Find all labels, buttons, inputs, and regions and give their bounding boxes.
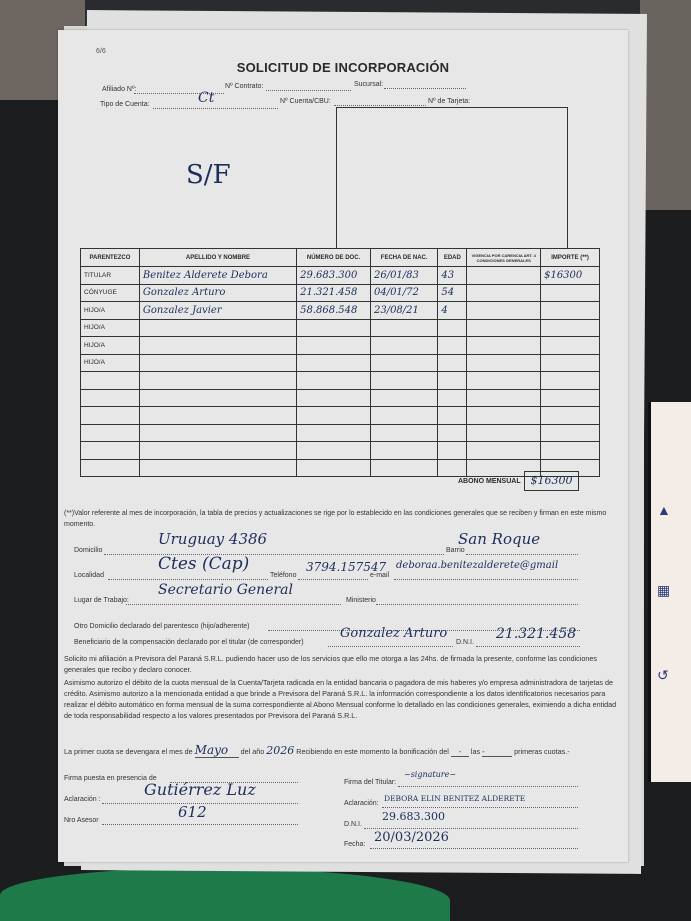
fecha-value: 20/03/2026 <box>374 830 449 845</box>
afiliado-label: Afiliado Nº: <box>102 86 136 93</box>
cell-nombre[interactable] <box>139 424 296 442</box>
cuenta-cbu-field[interactable] <box>334 105 426 106</box>
cell-fecha[interactable]: 23/08/21 <box>370 302 437 320</box>
cuota-anio[interactable]: 2026 <box>266 744 294 757</box>
cell-doc[interactable] <box>297 354 371 372</box>
col-edad: EDAD <box>438 249 467 267</box>
fecha-field[interactable] <box>370 848 578 849</box>
cuota-las[interactable]: - <box>482 747 512 757</box>
cell-doc[interactable]: 21.321.458 <box>297 284 371 302</box>
ministerio-label: Ministerio <box>346 597 376 604</box>
cuenta-cbu-label: Nº Cuenta/CBU: <box>280 98 331 105</box>
table-row: HIJO/A <box>81 354 600 372</box>
cell-parentesco: HIJO/A <box>81 354 140 372</box>
email-field[interactable] <box>394 579 578 580</box>
contrato-field[interactable] <box>266 90 351 91</box>
barrio-label: Barrio <box>446 547 465 554</box>
trabajo-field[interactable] <box>126 604 341 605</box>
footnote: (**)Valor referente al mes de incorporac… <box>64 508 624 530</box>
localidad-value: Ctes (Cap) <box>158 554 249 574</box>
cell-vigencia[interactable] <box>467 407 541 425</box>
titular-aclaracion-value: DEBORA ELIN BENITEZ ALDERETE <box>384 794 525 803</box>
cell-fecha[interactable]: 26/01/83 <box>370 267 437 285</box>
cell-vigencia[interactable] <box>467 442 541 460</box>
cell-fecha[interactable]: 04/01/72 <box>370 284 437 302</box>
cell-importe[interactable] <box>541 319 600 337</box>
cell-importe[interactable] <box>541 389 600 407</box>
asesor-field[interactable] <box>102 824 298 825</box>
cell-importe[interactable] <box>541 302 600 320</box>
abono-label: ABONO MENSUAL <box>458 478 521 485</box>
ministerio-field[interactable] <box>376 604 578 605</box>
cell-edad[interactable] <box>438 319 467 337</box>
titular-dni-value: 29.683.300 <box>382 810 445 823</box>
domicilio-field[interactable] <box>104 554 444 555</box>
barrio-field[interactable] <box>466 554 578 555</box>
tarjeta-label: Nº de Tarjeta: <box>428 98 470 105</box>
cuota-mes[interactable]: Mayo <box>195 743 239 758</box>
localidad-field[interactable] <box>108 579 268 580</box>
cell-edad[interactable] <box>438 354 467 372</box>
titular-dni-label: D.N.I. <box>344 821 362 828</box>
cell-nombre[interactable]: Benitez Alderete Debora <box>139 267 296 285</box>
cell-vigencia[interactable] <box>467 424 541 442</box>
cell-vigencia[interactable] <box>467 319 541 337</box>
col-fecha: FECHA DE NAC. <box>370 249 437 267</box>
titular-firma-label: Firma del Titular: <box>344 779 396 786</box>
cuota-text1: La primer cuota se devengara el mes de <box>64 747 193 756</box>
titular-firma-field[interactable] <box>398 786 578 787</box>
cell-edad[interactable]: 4 <box>438 302 467 320</box>
table-row <box>81 459 600 477</box>
cell-nombre[interactable] <box>139 442 296 460</box>
aclaracion-label: Aclaración : <box>64 796 101 803</box>
cell-nombre[interactable] <box>139 459 296 477</box>
table-row: HIJO/A <box>81 337 600 355</box>
table-row <box>81 424 600 442</box>
phone-screen: ▲ ▦ ↺ <box>648 402 691 782</box>
cell-parentesco <box>81 372 140 390</box>
cell-fecha[interactable] <box>370 424 437 442</box>
trabajo-value: Secretario General <box>158 582 293 598</box>
col-parentesco: PARENTEZCO <box>81 249 140 267</box>
link-icon: ↺ <box>657 667 669 684</box>
floor-background-right <box>641 0 691 210</box>
table-row: TITULARBenitez Alderete Debora29.683.300… <box>81 267 600 285</box>
cell-nombre[interactable]: Gonzalez Arturo <box>139 284 296 302</box>
cell-importe[interactable] <box>541 354 600 372</box>
cell-edad[interactable] <box>438 442 467 460</box>
table-row: CÓNYUGEGonzalez Arturo21.321.45804/01/72… <box>81 284 600 302</box>
cell-parentesco <box>81 424 140 442</box>
beneficiario-dni-label: D.N.I. <box>456 639 474 646</box>
cell-doc[interactable] <box>297 442 371 460</box>
members-body: TITULARBenitez Alderete Debora29.683.300… <box>81 267 600 477</box>
beneficiario-label: Beneficiario de la compensación declarad… <box>74 639 304 646</box>
cuota-text4: las <box>471 747 480 756</box>
table-row <box>81 372 600 390</box>
cell-vigencia[interactable] <box>467 337 541 355</box>
form-sheet: 6/6 SOLICITUD DE INCORPORACIÓN Afiliado … <box>58 30 628 862</box>
cell-nombre[interactable] <box>139 319 296 337</box>
cell-nombre[interactable] <box>139 389 296 407</box>
cell-fecha[interactable] <box>370 442 437 460</box>
cell-doc[interactable] <box>297 407 371 425</box>
email-value: deboraa.benitezalderete@gmail <box>396 560 558 571</box>
cell-doc[interactable]: 58.868.548 <box>297 302 371 320</box>
green-bag <box>0 868 450 921</box>
table-row <box>81 442 600 460</box>
share-icon: ▲ <box>657 502 671 518</box>
cell-importe[interactable] <box>541 372 600 390</box>
cell-edad[interactable]: 54 <box>438 284 467 302</box>
table-row: HIJO/AGonzalez Javier58.868.54823/08/214 <box>81 302 600 320</box>
cell-doc[interactable] <box>297 389 371 407</box>
cell-nombre[interactable]: Gonzalez Javier <box>139 302 296 320</box>
titular-signature: ~signature~ <box>404 770 456 779</box>
abono-value[interactable]: $16300 <box>524 471 579 491</box>
localidad-label: Localidad <box>74 572 104 579</box>
col-nombre: APELLIDO Y NOMBRE <box>139 249 296 267</box>
paragraph-debito: Asimismo autorizo el débito de la cuota … <box>64 677 624 721</box>
cell-nombre[interactable] <box>139 337 296 355</box>
titular-aclaracion-field[interactable] <box>382 807 578 808</box>
tipo-cuenta-value: Ct <box>198 90 214 106</box>
cell-edad[interactable] <box>438 337 467 355</box>
cell-parentesco <box>81 407 140 425</box>
cuota-text3: Recibiendo en este momento la bonificaci… <box>296 747 449 756</box>
asesor-value: 612 <box>178 803 207 821</box>
cuota-line: La primer cuota se devengara el mes de M… <box>64 743 570 758</box>
table-header-row: PARENTEZCO APELLIDO Y NOMBRE NÚMERO DE D… <box>81 249 600 267</box>
trabajo-label: Lugar de Trabajo: <box>74 597 129 604</box>
titular-aclaracion-label: Aclaración: <box>344 800 379 807</box>
cell-fecha[interactable] <box>370 407 437 425</box>
cell-importe[interactable]: $16300 <box>541 267 600 285</box>
titular-dni-field[interactable] <box>364 828 578 829</box>
cell-nombre[interactable] <box>139 407 296 425</box>
cuota-text5: primeras cuotas.- <box>514 747 570 756</box>
cell-doc[interactable] <box>297 337 371 355</box>
domicilio-value: Uruguay 4386 <box>158 530 267 548</box>
table-row <box>81 389 600 407</box>
cell-parentesco: HIJO/A <box>81 337 140 355</box>
telefono-label: Teléfono <box>270 572 296 579</box>
telefono-field[interactable] <box>298 579 368 580</box>
otro-domicilio-label: Otro Domicilio declarado del parentesco … <box>74 623 249 630</box>
presencia-label: Firma puesta en presencia de <box>64 775 157 782</box>
cell-vigencia[interactable] <box>467 354 541 372</box>
cell-parentesco <box>81 389 140 407</box>
cell-fecha[interactable] <box>370 354 437 372</box>
beneficiario-dni-value: 21.321.458 <box>496 626 576 642</box>
cell-parentesco <box>81 442 140 460</box>
table-row <box>81 407 600 425</box>
cell-importe[interactable] <box>541 407 600 425</box>
paragraph-afiliacion: Solicito mi afiliación a Previsora del P… <box>64 653 624 675</box>
cell-doc[interactable] <box>297 319 371 337</box>
cell-edad[interactable]: 43 <box>438 267 467 285</box>
cell-parentesco: CÓNYUGE <box>81 284 140 302</box>
cell-importe[interactable] <box>541 337 600 355</box>
cell-vigencia[interactable] <box>467 389 541 407</box>
form-title: SOLICITUD DE INCORPORACIÓN <box>58 60 628 75</box>
col-doc: NÚMERO DE DOC. <box>297 249 371 267</box>
sucursal-label: Sucursal: <box>354 81 383 88</box>
cell-edad[interactable] <box>438 372 467 390</box>
email-label: e-mail <box>370 572 389 579</box>
cell-fecha[interactable] <box>370 389 437 407</box>
cell-vigencia[interactable] <box>467 267 541 285</box>
cell-parentesco: TITULAR <box>81 267 140 285</box>
qr-icon: ▦ <box>657 582 670 599</box>
cell-fecha[interactable] <box>370 459 437 477</box>
cell-vigencia[interactable] <box>467 302 541 320</box>
fecha-label: Fecha: <box>344 841 365 848</box>
photo-box <box>336 107 568 249</box>
cell-importe[interactable] <box>541 284 600 302</box>
table-row: HIJO/A <box>81 319 600 337</box>
contrato-label: Nº Contrato: <box>225 83 263 90</box>
tipo-cuenta-label: Tipo de Cuenta: <box>100 101 150 108</box>
aclaracion-value: Gutiérrez Luz <box>144 780 256 799</box>
cell-nombre[interactable] <box>139 354 296 372</box>
cell-parentesco: HIJO/A <box>81 302 140 320</box>
domicilio-label: Domicilio <box>74 547 102 554</box>
cuota-bonif[interactable]: - <box>451 747 469 757</box>
cell-importe[interactable] <box>541 424 600 442</box>
cell-doc[interactable] <box>297 459 371 477</box>
cuota-text2: del año <box>241 747 265 756</box>
cell-edad[interactable] <box>438 407 467 425</box>
asesor-label: Nro Asesor <box>64 817 99 824</box>
col-importe: IMPORTE (**) <box>541 249 600 267</box>
barrio-value: San Roque <box>458 530 540 548</box>
cell-doc[interactable] <box>297 424 371 442</box>
cell-fecha[interactable] <box>370 372 437 390</box>
cell-edad[interactable] <box>438 389 467 407</box>
cell-nombre[interactable] <box>139 372 296 390</box>
cell-doc[interactable] <box>297 372 371 390</box>
beneficiario-dni-field[interactable] <box>476 646 580 647</box>
beneficiario-field[interactable] <box>328 646 453 647</box>
members-table: PARENTEZCO APELLIDO Y NOMBRE NÚMERO DE D… <box>80 248 600 477</box>
cell-fecha[interactable] <box>370 319 437 337</box>
cell-vigencia[interactable] <box>467 284 541 302</box>
annotation-sf: S/F <box>186 160 231 190</box>
col-vigencia: VIGENCIA POR CARENCIA ART. 4 CONDICIONES… <box>467 249 541 267</box>
cell-parentesco: HIJO/A <box>81 319 140 337</box>
sucursal-field[interactable] <box>384 88 466 89</box>
cell-importe[interactable] <box>541 442 600 460</box>
cell-parentesco <box>81 459 140 477</box>
cell-edad[interactable] <box>438 459 467 477</box>
tipo-cuenta-field[interactable] <box>153 108 278 109</box>
cell-doc[interactable]: 29.683.300 <box>297 267 371 285</box>
cell-fecha[interactable] <box>370 337 437 355</box>
page-number: 6/6 <box>96 48 106 55</box>
beneficiario-value: Gonzalez Arturo <box>340 626 447 641</box>
cell-edad[interactable] <box>438 424 467 442</box>
cell-vigencia[interactable] <box>467 372 541 390</box>
